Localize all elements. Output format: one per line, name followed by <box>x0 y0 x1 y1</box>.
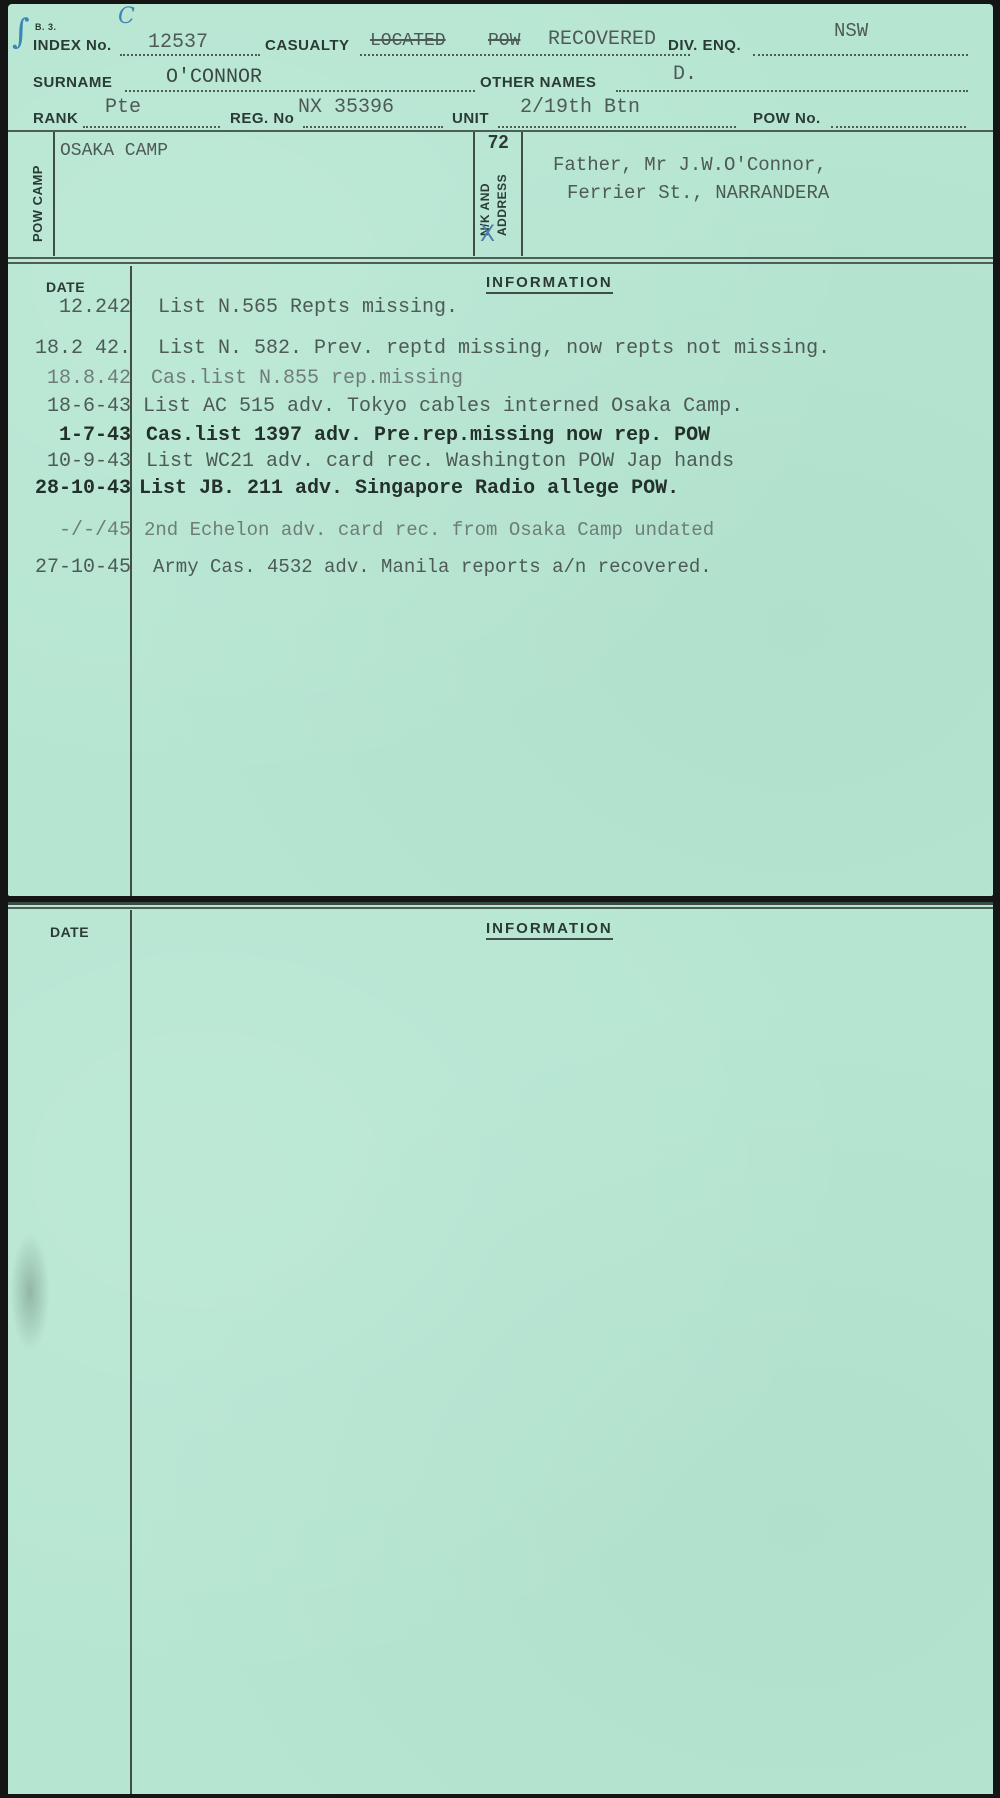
information-entry: 18-6-43List AC 515 adv. Tokyo cables int… <box>8 395 993 423</box>
index-card-front: ∫ C B. 3. INDEX No. 12537 CASUALTY LOCAT… <box>8 4 993 896</box>
entry-date: -/-/45 <box>59 519 131 542</box>
index-label: INDEX No. <box>33 37 112 54</box>
casualty-label: CASUALTY <box>265 37 350 54</box>
information-entry: 28-10-43List JB. 211 adv. Singapore Radi… <box>8 477 993 505</box>
information-entry: 12.242List N.565 Repts missing. <box>8 296 993 324</box>
entry-text: List N.565 Repts missing. <box>158 296 458 319</box>
entry-date: 28-10-43 <box>35 477 131 500</box>
entry-date: 10-9-43 <box>47 450 131 473</box>
information-entry: 18.2 42.List N. 582. Prev. reptd missing… <box>8 337 993 365</box>
entry-text: List AC 515 adv. Tokyo cables interned O… <box>143 395 743 418</box>
info-header: INFORMATION <box>486 274 613 294</box>
unit-value: 2/19th Btn <box>520 96 640 119</box>
pen-mark-left: ∫ <box>12 12 30 52</box>
entry-text: Cas.list 1397 adv. Pre.rep.missing now r… <box>146 424 710 447</box>
casualty-struck-located: LOCATED <box>370 31 446 51</box>
rank-value: Pte <box>105 96 141 119</box>
entry-text: List N. 582. Prev. reptd missing, now re… <box>158 337 830 360</box>
entry-date: 18-6-43 <box>47 395 131 418</box>
other-names-value: D. <box>673 63 697 86</box>
information-entry: 18.8.42Cas.list N.855 rep.missing <box>8 367 993 395</box>
nk-pen-mark: X <box>480 222 495 247</box>
nk-address-line2: Ferrier St., NARRANDERA <box>567 182 829 204</box>
nk-label-line2: ADDRESS <box>495 174 509 236</box>
entry-date: 18.8.42 <box>47 367 131 390</box>
pow-camp-value: OSAKA CAMP <box>60 141 168 161</box>
reg-no-label: REG. No <box>230 110 294 127</box>
entry-date: 1-7-43 <box>59 424 131 447</box>
stain-mark <box>10 1232 50 1352</box>
div-enq-label: DIV. ENQ. <box>668 37 741 54</box>
information-entry: 1-7-43Cas.list 1397 adv. Pre.rep.missing… <box>8 424 993 452</box>
nk-address-line1: Father, Mr J.W.O'Connor, <box>553 154 827 176</box>
entry-date: 27-10-45 <box>35 556 131 579</box>
information-entry: -/-/452nd Echelon adv. card rec. from Os… <box>8 519 993 547</box>
div-enq-value: NSW <box>834 20 868 42</box>
pow-camp-label: POW CAMP <box>30 165 45 242</box>
date-header: DATE <box>46 279 85 295</box>
unit-label: UNIT <box>452 110 489 127</box>
back-info-header: INFORMATION <box>486 920 613 940</box>
entry-text: List WC21 adv. card rec. Washington POW … <box>146 450 734 473</box>
entry-text: 2nd Echelon adv. card rec. from Osaka Ca… <box>144 519 714 541</box>
casualty-struck-pow: POW <box>488 31 520 51</box>
form-code: B. 3. <box>35 22 57 32</box>
pen-mark-top: C <box>118 4 135 29</box>
surname-value: O'CONNOR <box>166 66 262 89</box>
entry-date: 18.2 42. <box>35 337 131 360</box>
back-date-header: DATE <box>50 924 89 940</box>
pow-no-label: POW No. <box>753 110 821 127</box>
entry-text: List JB. 211 adv. Singapore Radio allege… <box>139 477 679 500</box>
rank-label: RANK <box>33 110 78 127</box>
casualty-value: RECOVERED <box>548 28 656 51</box>
reg-no-value: NX 35396 <box>298 96 394 119</box>
nk-number: 72 <box>488 132 509 153</box>
information-entry: 10-9-43List WC21 adv. card rec. Washingt… <box>8 450 993 478</box>
entry-text: Army Cas. 4532 adv. Manila reports a/n r… <box>153 556 712 578</box>
entry-date: 12.242 <box>59 296 131 319</box>
index-card-back: DATE INFORMATION <box>8 902 993 1794</box>
index-value: 12537 <box>148 31 208 54</box>
information-entry: 27-10-45Army Cas. 4532 adv. Manila repor… <box>8 556 993 584</box>
entry-text: Cas.list N.855 rep.missing <box>151 367 463 390</box>
other-names-label: OTHER NAMES <box>480 74 596 91</box>
surname-label: SURNAME <box>33 74 112 91</box>
